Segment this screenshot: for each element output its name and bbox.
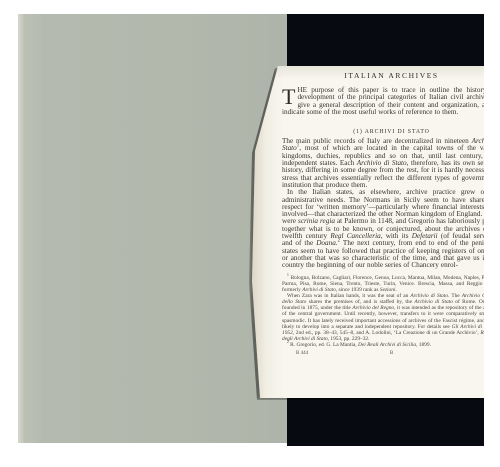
book-cover xyxy=(18,14,287,443)
page-title: ITALIAN ARCHIVES xyxy=(282,71,500,80)
paragraph-italian-states: In the Italian states, as elsewhere, arc… xyxy=(282,189,500,269)
imprint-line: B 444 B xyxy=(282,351,500,358)
section-heading: (1) ARCHIVI DI STATO xyxy=(282,129,500,135)
footnote-2: 2 R. Gregorio, ed. G. La Mantia, Dei Rea… xyxy=(282,342,500,348)
paragraph-intro: THE purpose of this paper is to trace in… xyxy=(282,87,500,116)
footnotes: 1 Bologna, Bolzano, Cagliari, Florence, … xyxy=(282,275,500,349)
footnote-1: 1 Bologna, Bolzano, Cagliari, Florence, … xyxy=(282,275,500,293)
footnote-1-continued: When Zara was in Italian hands, it was t… xyxy=(282,293,500,342)
paragraph-intro-text: HE purpose of this paper is to trace in … xyxy=(282,86,500,116)
drop-cap: T xyxy=(282,88,295,106)
page-content: ITALIAN ARCHIVES THE purpose of this pap… xyxy=(282,71,500,358)
book-page: ITALIAN ARCHIVES THE purpose of this pap… xyxy=(252,66,484,398)
cover-fore-edge xyxy=(18,14,24,443)
signature-mark: B xyxy=(282,351,500,356)
book-photograph: ITALIAN ARCHIVES THE purpose of this pap… xyxy=(18,14,484,446)
paragraph-archivi: The main public records of Italy are dec… xyxy=(282,138,500,189)
